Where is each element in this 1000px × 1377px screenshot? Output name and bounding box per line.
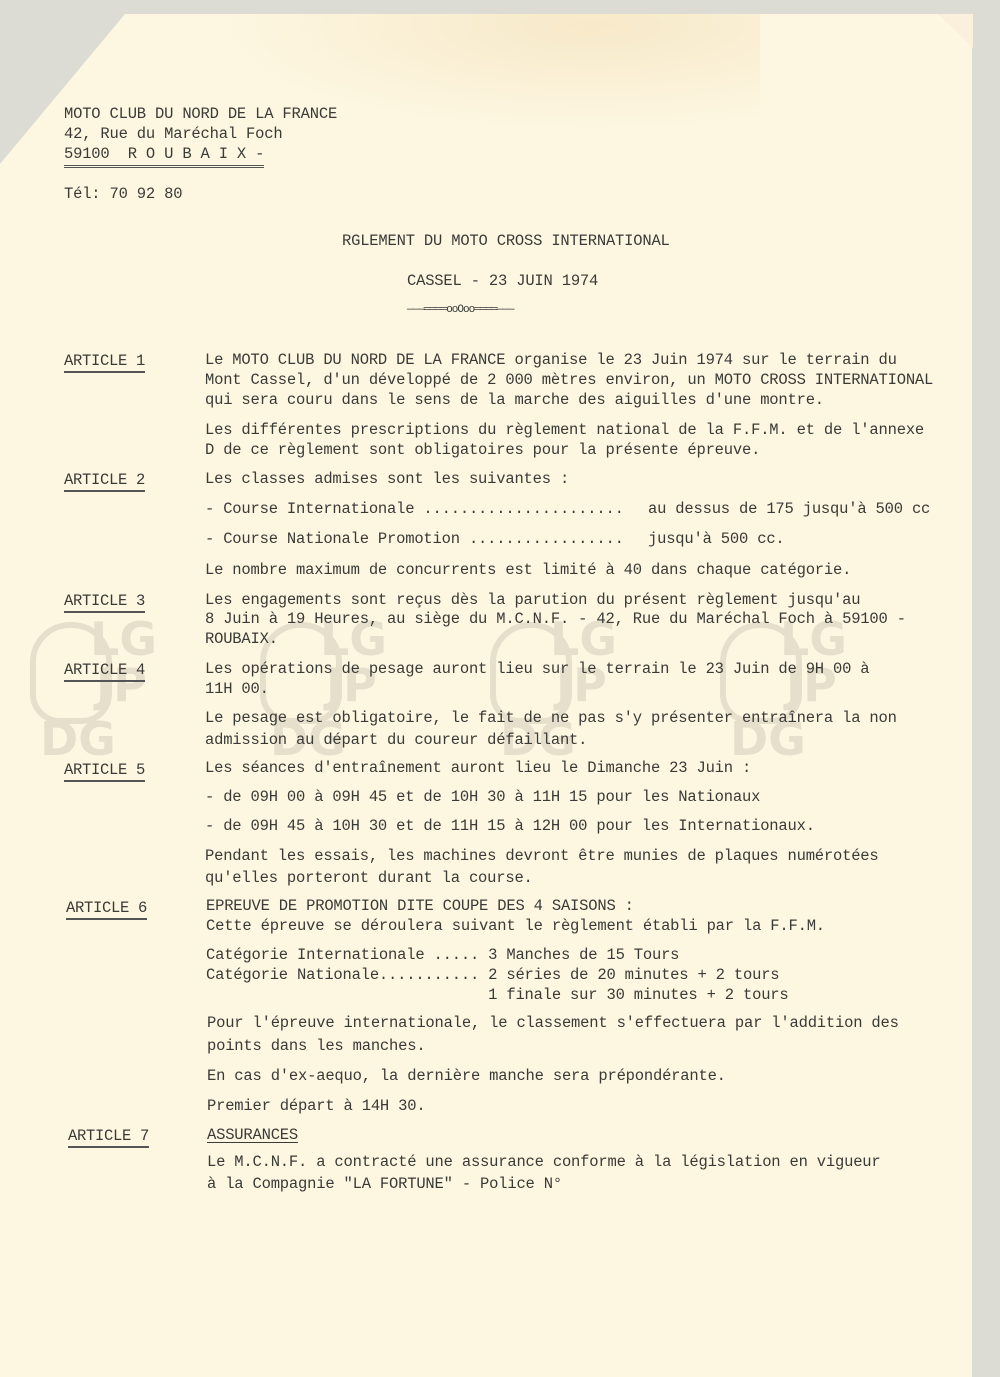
article-6-line: En cas d'ex-aequo, la dernière manche se… — [207, 1066, 726, 1086]
article-4-label: ARTICLE 4 — [64, 660, 145, 682]
article-5-line: Les séances d'entraînement auront lieu l… — [205, 758, 751, 778]
article-3-line: 8 Juin à 19 Heures, au siège du M.C.N.F.… — [205, 609, 906, 629]
document-subtitle: CASSEL - 23 JUIN 1974 — [407, 271, 598, 291]
org-name: MOTO CLUB DU NORD DE LA FRANCE — [64, 104, 337, 124]
article-5-label: ARTICLE 5 — [64, 760, 145, 782]
org-city: 59100 R O U B A I X - — [64, 144, 264, 168]
article-6-line: points dans les manches. — [207, 1036, 425, 1056]
article-6-line: Catégorie Internationale ..... 3 Manches… — [206, 945, 679, 965]
article-1-line: Les différentes prescriptions du règleme… — [205, 420, 924, 440]
article-1-line: Le MOTO CLUB DU NORD DE LA FRANCE organi… — [205, 350, 897, 370]
article-6-line: 1 finale sur 30 minutes + 2 tours — [206, 985, 789, 1005]
org-address: 42, Rue du Maréchal Foch — [64, 124, 282, 144]
article-1-line: Mont Cassel, d'un développé de 2 000 mèt… — [205, 370, 933, 390]
article-6-label: ARTICLE 6 — [66, 898, 147, 920]
class-international-name: - Course Internationale ................… — [205, 499, 624, 519]
document-page — [0, 14, 972, 1377]
class-nationale-name: - Course Nationale Promotion ...........… — [205, 529, 624, 549]
article-5-line: - de 09H 00 à 09H 45 et de 10H 30 à 11H … — [205, 787, 760, 807]
document-title: RGLEMENT DU MOTO CROSS INTERNATIONAL — [342, 231, 670, 251]
class-nationale-range: jusqu'à 500 cc. — [648, 529, 785, 549]
article-6-line: Premier départ à 14H 30. — [207, 1096, 425, 1116]
article-4-line: Le pesage est obligatoire, le fait de ne… — [205, 708, 897, 728]
class-international-range: au dessus de 175 jusqu'à 500 cc — [648, 499, 930, 519]
article-6-line: Catégorie Nationale........... 2 séries … — [206, 965, 779, 985]
article-3-line: Les engagements sont reçus dès la paruti… — [205, 590, 860, 610]
article-7-label: ARTICLE 7 — [68, 1126, 149, 1148]
article-1-label: ARTICLE 1 — [64, 351, 145, 373]
article-4-line: 11H 00. — [205, 679, 269, 699]
title-separator: ———════ooOoo════——— — [407, 300, 513, 320]
article-2-intro: Les classes admises sont les suivantes : — [205, 469, 569, 489]
article-2-label: ARTICLE 2 — [64, 470, 145, 492]
org-phone: Tél: 70 92 80 — [64, 184, 182, 204]
article-5-line: qu'elles porteront durant la course. — [205, 868, 533, 888]
article-3-line: ROUBAIX. — [205, 629, 278, 649]
article-6-heading: EPREUVE DE PROMOTION DITE COUPE DES 4 SA… — [206, 896, 634, 916]
article-2-note: Le nombre maximum de concurrents est lim… — [205, 560, 851, 580]
article-5-line: - de 09H 45 à 10H 30 et de 11H 15 à 12H … — [205, 816, 815, 836]
article-3-label: ARTICLE 3 — [64, 591, 145, 613]
article-4-line: Les opérations de pesage auront lieu sur… — [205, 659, 869, 679]
article-7-line: Le M.C.N.F. a contracté une assurance co… — [207, 1152, 881, 1172]
article-7-heading: ASSURANCES — [207, 1125, 298, 1145]
article-1-line: D de ce règlement sont obligatoires pour… — [205, 440, 760, 460]
article-4-line: admission au départ du coureur défaillan… — [205, 730, 587, 750]
article-1-line: qui sera couru dans le sens de la marche… — [205, 390, 824, 410]
article-5-line: Pendant les essais, les machines devront… — [205, 846, 879, 866]
article-6-line: Cette épreuve se déroulera suivant le rè… — [206, 916, 825, 936]
article-7-line: à la Compagnie "LA FORTUNE" - Police N° — [207, 1174, 562, 1194]
article-6-line: Pour l'épreuve internationale, le classe… — [207, 1013, 899, 1033]
